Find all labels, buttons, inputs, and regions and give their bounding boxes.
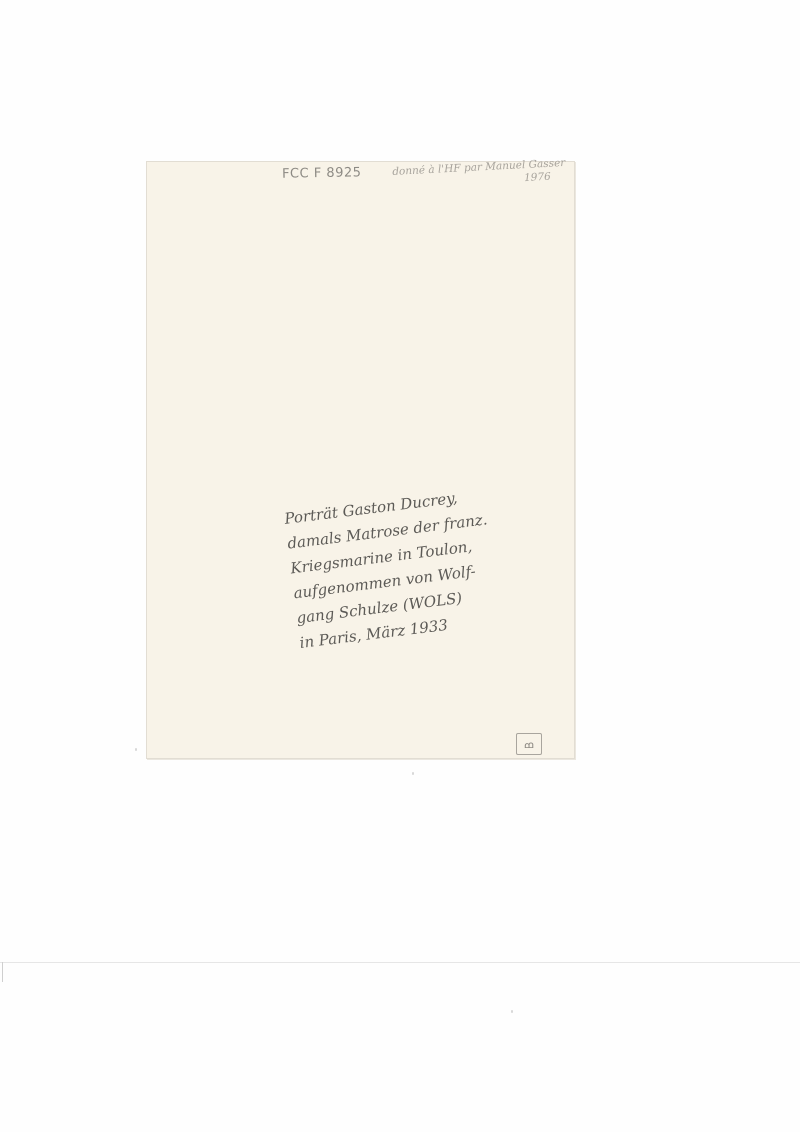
stamp-glyph: ߘ: [524, 738, 535, 751]
photo-back-card: FCC F 8925 donné à l'HF par Manuel Gasse…: [146, 161, 575, 759]
handwritten-caption: Porträt Gaston Ducrey, damals Matrose de…: [283, 473, 579, 656]
scanner-edge-mark: [2, 962, 3, 982]
scan-speck: [412, 772, 414, 775]
provenance-note: donné à l'HF par Manuel Gasser 1976: [392, 157, 573, 192]
scan-speck: [135, 748, 137, 751]
scanned-page: FCC F 8925 donné à l'HF par Manuel Gasse…: [0, 0, 800, 1132]
inventory-number: FCC F 8925: [282, 165, 362, 181]
scan-speck: [511, 1010, 513, 1013]
collection-stamp-icon: ߘ: [516, 733, 542, 755]
scanner-fold-line: [0, 962, 800, 963]
